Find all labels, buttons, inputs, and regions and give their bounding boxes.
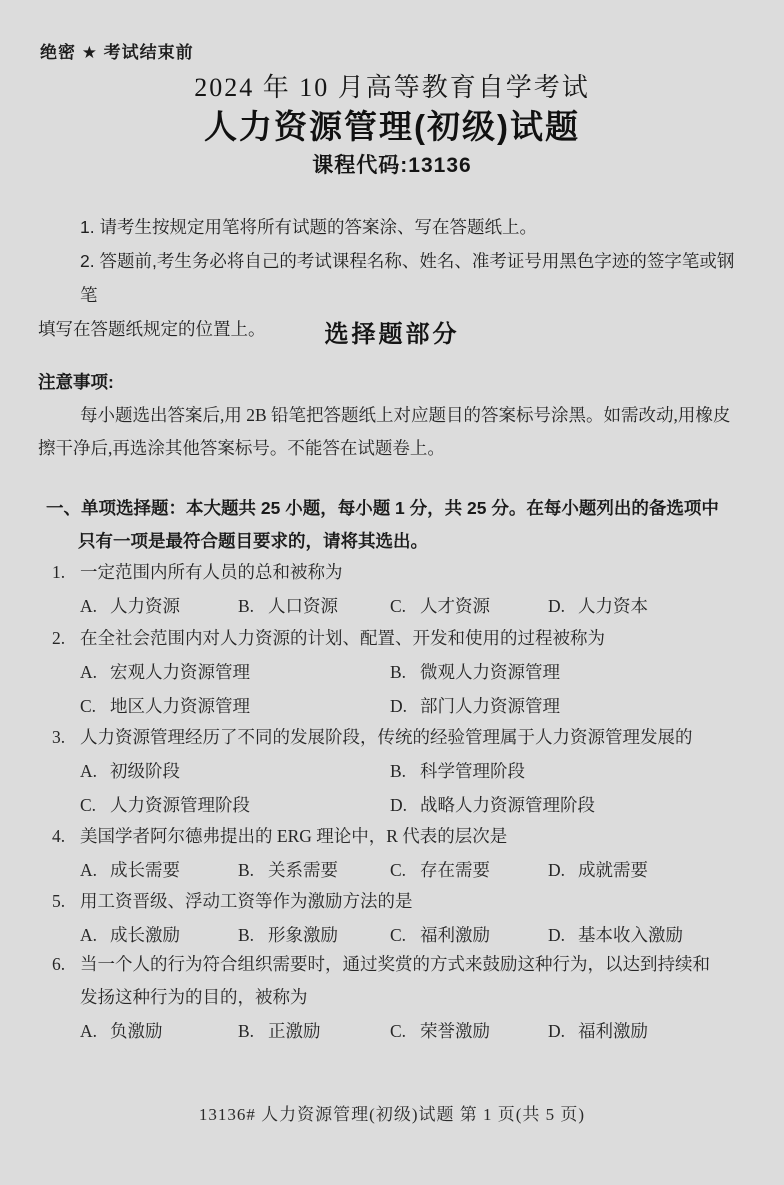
option-a: A.人力资源 bbox=[80, 590, 238, 623]
question-stem: 5. 用工资晋级、浮动工资等作为激励方法的是 bbox=[0, 885, 774, 918]
option-b: B.人口资源 bbox=[238, 590, 390, 623]
option-text: 成就需要 bbox=[578, 860, 648, 880]
option-text: 成长需要 bbox=[110, 860, 180, 880]
instruction-line: 1. 请考生按规定用笔将所有试题的答案涂、写在答题纸上。 bbox=[38, 210, 750, 244]
question-number: 4. bbox=[52, 820, 65, 853]
option-text: 正激励 bbox=[268, 1021, 321, 1041]
option-text: 人才资源 bbox=[420, 596, 490, 616]
question-text: 美国学者阿尔德弗提出的 ERG 理论中，R 代表的层次是 bbox=[80, 826, 507, 846]
question-number: 6. bbox=[52, 948, 65, 981]
question-text: 一定范围内所有人员的总和被称为 bbox=[80, 562, 343, 582]
option-label: B. bbox=[390, 656, 420, 689]
title-block: 2024 年 10 月高等教育自学考试 人力资源管理(初级)试题 课程代码:13… bbox=[0, 72, 784, 179]
option-text: 人力资源 bbox=[110, 596, 180, 616]
option-label: B. bbox=[390, 755, 420, 788]
question-text: 在全社会范围内对人力资源的计划、配置、开发和使用的过程被称为 bbox=[80, 628, 605, 648]
exam-session-title: 2024 年 10 月高等教育自学考试 bbox=[0, 72, 784, 104]
option-text: 存在需要 bbox=[420, 860, 490, 880]
option-text: 荣誉激励 bbox=[420, 1021, 490, 1041]
option-a: A.成长需要 bbox=[80, 854, 238, 887]
option-label: C. bbox=[390, 590, 420, 623]
exam-page: { "header": { "classification": "绝密 ★ 考试… bbox=[0, 0, 784, 1185]
course-code: 课程代码:13136 bbox=[0, 153, 784, 179]
question-4: 4. 美国学者阿尔德弗提出的 ERG 理论中，R 代表的层次是 A.成长需要 B… bbox=[0, 820, 774, 887]
security-classification: 绝密 ★ 考试结束前 bbox=[40, 38, 194, 63]
part-one-heading: 一、单项选择题：本大题共 25 小题，每小题 1 分，共 25 分。在每小题列出… bbox=[46, 492, 758, 558]
notice-line: 每小题选出答案后,用 2B 铅笔把答题纸上对应题目的答案标号涂黑。如需改动,用橡… bbox=[38, 399, 750, 432]
option-text: 基本收入激励 bbox=[578, 925, 683, 945]
option-label: C. bbox=[80, 789, 110, 822]
option-label: A. bbox=[80, 755, 110, 788]
option-text: 初级阶段 bbox=[110, 761, 180, 781]
question-number: 3. bbox=[52, 721, 65, 754]
instruction-line: 2. 答题前,考生务必将自己的考试课程名称、姓名、准考证号用黑色字迹的签字笔或钢… bbox=[38, 244, 750, 312]
question-stem: 1. 一定范围内所有人员的总和被称为 bbox=[0, 556, 774, 589]
option-b: B.科学管理阶段 bbox=[390, 755, 774, 788]
option-text: 成长激励 bbox=[110, 925, 180, 945]
option-text: 人口资源 bbox=[268, 596, 338, 616]
option-label: A. bbox=[80, 1015, 110, 1048]
question-text: 人力资源管理经历了不同的发展阶段，传统的经验管理属于人力资源管理发展的 bbox=[80, 727, 693, 747]
question-stem-continued: 发扬这种行为的目的，被称为 bbox=[0, 981, 774, 1014]
question-stem: 4. 美国学者阿尔德弗提出的 ERG 理论中，R 代表的层次是 bbox=[0, 820, 774, 853]
option-label: B. bbox=[238, 854, 268, 887]
options-row: A.人力资源 B.人口资源 C.人才资源 D.人力资本 bbox=[0, 590, 774, 623]
question-number: 1. bbox=[52, 556, 65, 589]
question-text: 用工资晋级、浮动工资等作为激励方法的是 bbox=[80, 891, 413, 911]
paper-title: 人力资源管理(初级)试题 bbox=[0, 107, 784, 147]
option-d: D.人力资本 bbox=[548, 590, 774, 623]
page-footer: 13136# 人力资源管理(初级)试题 第 1 页(共 5 页) bbox=[0, 1100, 784, 1125]
option-text: 福利激励 bbox=[578, 1021, 648, 1041]
option-text: 负激励 bbox=[110, 1021, 163, 1041]
question-6: 6. 当一个人的行为符合组织需要时，通过奖赏的方式来鼓励这种行为，以达到持续和 … bbox=[0, 948, 774, 1048]
option-label: D. bbox=[390, 690, 420, 723]
options-row: A.负激励 B.正激励 C.荣誉激励 D.福利激励 bbox=[0, 1015, 774, 1048]
option-c: C.荣誉激励 bbox=[390, 1015, 548, 1048]
option-text: 福利激励 bbox=[420, 925, 490, 945]
option-label: A. bbox=[80, 590, 110, 623]
question-1: 1. 一定范围内所有人员的总和被称为 A.人力资源 B.人口资源 C.人才资源 … bbox=[0, 556, 774, 623]
option-text: 人力资本 bbox=[578, 596, 648, 616]
option-d: D.福利激励 bbox=[548, 1015, 774, 1048]
question-stem: 2. 在全社会范围内对人力资源的计划、配置、开发和使用的过程被称为 bbox=[0, 622, 774, 655]
notice-block: 注意事项: 每小题选出答案后,用 2B 铅笔把答题纸上对应题目的答案标号涂黑。如… bbox=[38, 366, 750, 465]
option-c: C.人才资源 bbox=[390, 590, 548, 623]
question-text: 当一个人的行为符合组织需要时，通过奖赏的方式来鼓励这种行为，以达到持续和 bbox=[80, 954, 710, 974]
part-heading-line: 一、单项选择题：本大题共 25 小题，每小题 1 分，共 25 分。在每小题列出… bbox=[46, 492, 758, 525]
option-label: C. bbox=[80, 690, 110, 723]
option-label: A. bbox=[80, 854, 110, 887]
option-label: D. bbox=[390, 789, 420, 822]
option-a: A.宏观人力资源管理 bbox=[80, 656, 390, 689]
option-a: A.初级阶段 bbox=[80, 755, 390, 788]
option-d: D.成就需要 bbox=[548, 854, 774, 887]
option-label: B. bbox=[238, 1015, 268, 1048]
option-label: B. bbox=[238, 590, 268, 623]
options-row: A.成长需要 B.关系需要 C.存在需要 D.成就需要 bbox=[0, 854, 774, 887]
option-text: 部门人力资源管理 bbox=[420, 696, 560, 716]
option-c: C.人力资源管理阶段 bbox=[80, 789, 390, 822]
option-c: C.地区人力资源管理 bbox=[80, 690, 390, 723]
option-label: D. bbox=[548, 590, 578, 623]
question-2: 2. 在全社会范围内对人力资源的计划、配置、开发和使用的过程被称为 A.宏观人力… bbox=[0, 622, 774, 723]
option-label: A. bbox=[80, 656, 110, 689]
option-c: C.存在需要 bbox=[390, 854, 548, 887]
option-label: D. bbox=[548, 1015, 578, 1048]
option-text: 战略人力资源管理阶段 bbox=[420, 795, 595, 815]
question-number: 2. bbox=[52, 622, 65, 655]
section-title: 选择题部分 bbox=[0, 314, 784, 349]
question-stem: 3. 人力资源管理经历了不同的发展阶段，传统的经验管理属于人力资源管理发展的 bbox=[0, 721, 774, 754]
question-number: 5. bbox=[52, 885, 65, 918]
option-d: D.战略人力资源管理阶段 bbox=[390, 789, 774, 822]
option-text: 形象激励 bbox=[268, 925, 338, 945]
option-text: 微观人力资源管理 bbox=[420, 662, 560, 682]
question-stem: 6. 当一个人的行为符合组织需要时，通过奖赏的方式来鼓励这种行为，以达到持续和 bbox=[0, 948, 774, 981]
option-a: A.负激励 bbox=[80, 1015, 238, 1048]
notice-label: 注意事项: bbox=[38, 366, 750, 399]
options-grid: A.初级阶段 B.科学管理阶段 C.人力资源管理阶段 D.战略人力资源管理阶段 bbox=[0, 755, 774, 822]
option-b: B.正激励 bbox=[238, 1015, 390, 1048]
option-text: 人力资源管理阶段 bbox=[110, 795, 250, 815]
option-label: C. bbox=[390, 854, 420, 887]
option-d: D.部门人力资源管理 bbox=[390, 690, 774, 723]
option-text: 宏观人力资源管理 bbox=[110, 662, 250, 682]
option-b: B.微观人力资源管理 bbox=[390, 656, 774, 689]
question-text: 发扬这种行为的目的，被称为 bbox=[80, 987, 308, 1007]
options-grid: A.宏观人力资源管理 B.微观人力资源管理 C.地区人力资源管理 D.部门人力资… bbox=[0, 656, 774, 723]
option-text: 科学管理阶段 bbox=[420, 761, 525, 781]
option-label: D. bbox=[548, 854, 578, 887]
option-b: B.关系需要 bbox=[238, 854, 390, 887]
notice-line: 擦干净后,再选涂其他答案标号。不能答在试题卷上。 bbox=[38, 432, 750, 465]
part-heading-line: 只有一项是最符合题目要求的，请将其选出。 bbox=[46, 525, 758, 558]
option-label: C. bbox=[390, 1015, 420, 1048]
option-text: 地区人力资源管理 bbox=[110, 696, 250, 716]
question-3: 3. 人力资源管理经历了不同的发展阶段，传统的经验管理属于人力资源管理发展的 A… bbox=[0, 721, 774, 822]
question-5: 5. 用工资晋级、浮动工资等作为激励方法的是 A.成长激励 B.形象激励 C.福… bbox=[0, 885, 774, 952]
option-text: 关系需要 bbox=[268, 860, 338, 880]
